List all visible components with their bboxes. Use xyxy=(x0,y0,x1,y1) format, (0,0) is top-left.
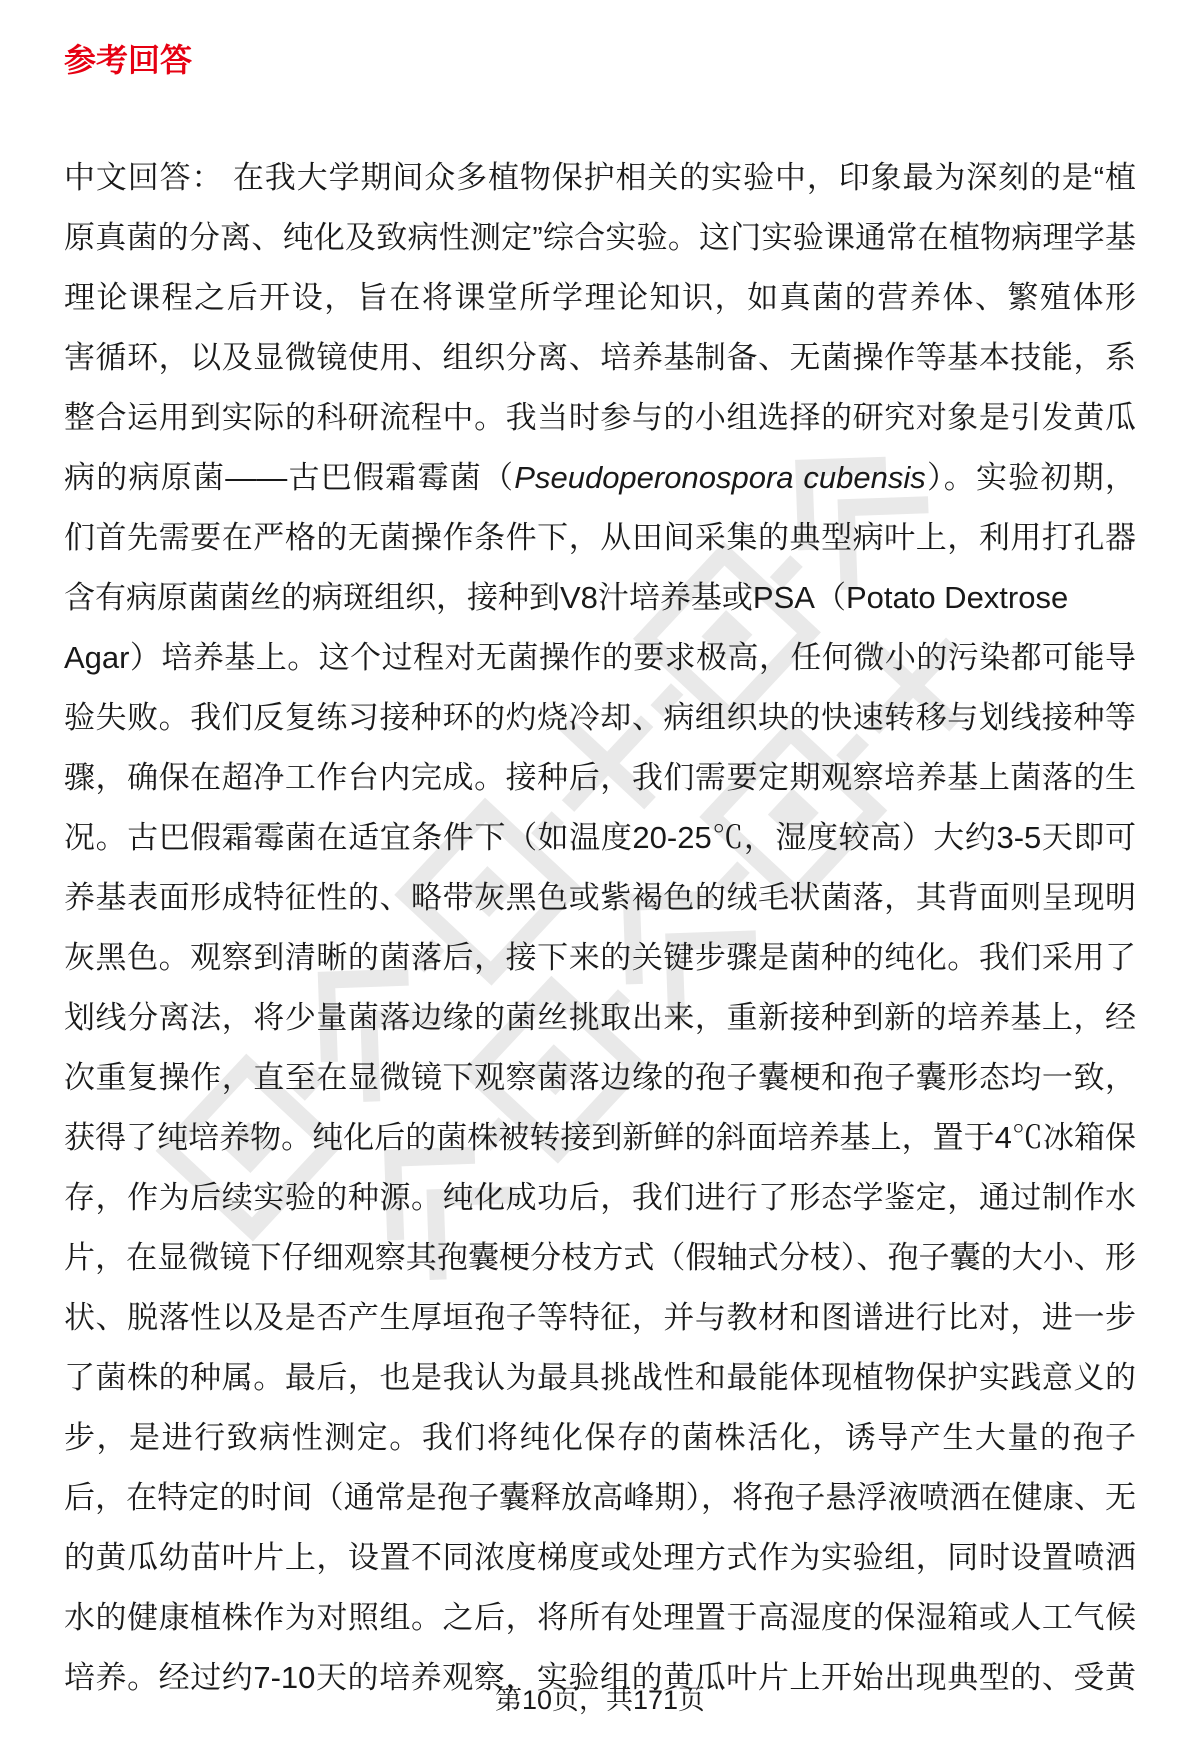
text-segment: 划线分离法，将少量菌落边缘的菌丝挑取出来，重新接种到新的培养基上，经过数 xyxy=(64,1000,1136,1048)
paragraph-line: 理论课程之后开设，旨在将课堂所学理论知识，如真菌的营养体、繁殖体形态，病 xyxy=(64,268,1136,328)
text-segment: 害循环，以及显微镜使用、组织分离、培养基制备、无菌操作等基本技能，系统地 xyxy=(64,340,1136,388)
paragraph-line: 状、脱落性以及是否产生厚垣孢子等特征，并与教材和图谱进行比对，进一步确认 xyxy=(64,1288,1136,1348)
text-segment: 步，是进行致病性测定。我们将纯化保存的菌株活化，诱导产生大量的孢子囊。然 xyxy=(64,1420,1136,1468)
text-segment: 们首先需要在严格的无菌操作条件下，从田间采集的典型病叶上，利用打孔器获取 xyxy=(64,520,1136,568)
species-name-italic: Pseudoperonospora cubensis xyxy=(514,460,925,495)
paragraph-line: 划线分离法，将少量菌落边缘的菌丝挑取出来，重新接种到新的培养基上，经过数 xyxy=(64,988,1136,1048)
paragraph-line: 整合运用到实际的科研流程中。我当时参与的小组选择的研究对象是引发黄瓜霜霉 xyxy=(64,388,1136,448)
paragraph-line: 片，在显微镜下仔细观察其孢囊梗分枝方式（假轴式分枝）、孢子囊的大小、形 xyxy=(64,1228,1136,1288)
text-segment: 况。古巴假霜霉菌在适宜条件下（如温度20-25℃，湿度较高）大约3-5天即可在培 xyxy=(64,820,1136,868)
paragraph-line: 了菌株的种属。最后，也是我认为最具挑战性和最能体现植物保护实践意义的一 xyxy=(64,1348,1136,1408)
paragraph-line: 含有病原菌菌丝的病斑组织，接种到V8汁培养基或PSA（Potato Dextro… xyxy=(64,568,1136,628)
paragraph-line: 灰黑色。观察到清晰的菌落后，接下来的关键步骤是菌种的纯化。我们采用了连续 xyxy=(64,928,1136,988)
text-segment: 含有病原菌菌丝的病斑组织，接种到V8汁培养基或PSA（Potato Dextro… xyxy=(64,580,1068,615)
text-segment: 了菌株的种属。最后，也是我认为最具挑战性和最能体现植物保护实践意义的一 xyxy=(64,1360,1136,1408)
text-segment: 灰黑色。观察到清晰的菌落后，接下来的关键步骤是菌种的纯化。我们采用了连续 xyxy=(64,940,1136,988)
text-segment: 水的健康植株作为对照组。之后，将所有处理置于高湿度的保湿箱或人工气候箱中 xyxy=(64,1600,1136,1648)
text-segment: 的黄瓜幼苗叶片上，设置不同浓度梯度或处理方式作为实验组，同时设置喷洒无菌 xyxy=(64,1540,1136,1588)
paragraph-line: 验失败。我们反复练习接种环的灼烧冷却、病组织块的快速转移与划线接种等步 xyxy=(64,688,1136,748)
text-segment: 原真菌的分离、纯化及致病性测定”综合实验。这门实验课通常在植物病理学基础 xyxy=(64,220,1136,268)
text-segment: 理论课程之后开设，旨在将课堂所学理论知识，如真菌的营养体、繁殖体形态，病 xyxy=(64,280,1136,328)
text-segment: 验失败。我们反复练习接种环的灼烧冷却、病组织块的快速转移与划线接种等步 xyxy=(64,700,1136,748)
answer-paragraph: 中文回答： 在我大学期间众多植物保护相关的实验中，印象最为深刻的是“植物病原真菌… xyxy=(64,148,1136,1708)
paragraph-line: 原真菌的分离、纯化及致病性测定”综合实验。这门实验课通常在植物病理学基础 xyxy=(64,208,1136,268)
text-segment: 后，在特定的时间（通常是孢子囊释放高峰期），将孢子悬浮液喷洒在健康、无菌 xyxy=(64,1480,1136,1528)
paragraph-line: 害循环，以及显微镜使用、组织分离、培养基制备、无菌操作等基本技能，系统地 xyxy=(64,328,1136,388)
paragraph-line: 养基表面形成特征性的、略带灰黑色或紫褐色的绒毛状菌落，其背面则呈现明显的 xyxy=(64,868,1136,928)
text-segment: 病的病原菌——古巴假霜霉菌（ xyxy=(64,460,514,495)
text-segment: 片，在显微镜下仔细观察其孢囊梗分枝方式（假轴式分枝）、孢子囊的大小、形 xyxy=(64,1240,1136,1275)
paragraph-line: 次重复操作，直至在显微镜下观察菌落边缘的孢子囊梗和孢子囊形态均一致，确认 xyxy=(64,1048,1136,1108)
text-segment: 整合运用到实际的科研流程中。我当时参与的小组选择的研究对象是引发黄瓜霜霉 xyxy=(64,400,1136,448)
text-segment: 中文回答： 在我大学期间众多植物保护相关的实验中，印象最为深刻的是“植物病 xyxy=(64,160,1136,208)
text-segment: 获得了纯培养物。纯化后的菌株被转接到新鲜的斜面培养基上，置于4℃冰箱保 xyxy=(64,1120,1136,1155)
paragraph-line: 存，作为后续实验的种源。纯化成功后，我们进行了形态学鉴定，通过制作水浸 xyxy=(64,1168,1136,1228)
paragraph-line: 的黄瓜幼苗叶片上，设置不同浓度梯度或处理方式作为实验组，同时设置喷洒无菌 xyxy=(64,1528,1136,1588)
paragraph-line: 中文回答： 在我大学期间众多植物保护相关的实验中，印象最为深刻的是“植物病 xyxy=(64,148,1136,208)
paragraph-line: 病的病原菌——古巴假霜霉菌（Pseudoperonospora cubensis… xyxy=(64,448,1136,508)
text-segment: 养基表面形成特征性的、略带灰黑色或紫褐色的绒毛状菌落，其背面则呈现明显的 xyxy=(64,880,1136,928)
text-segment: 骤，确保在超净工作台内完成。接种后，我们需要定期观察培养基上菌落的生长情 xyxy=(64,760,1136,808)
page-footer: 第10页，共171页 xyxy=(0,1680,1200,1720)
text-segment: 次重复操作，直至在显微镜下观察菌落边缘的孢子囊梗和孢子囊形态均一致，确认 xyxy=(64,1060,1136,1108)
text-segment: 存，作为后续实验的种源。纯化成功后，我们进行了形态学鉴定，通过制作水浸 xyxy=(64,1180,1136,1228)
paragraph-line: 步，是进行致病性测定。我们将纯化保存的菌株活化，诱导产生大量的孢子囊。然 xyxy=(64,1408,1136,1468)
document-page: 参考回答 中文回答： 在我大学期间众多植物保护相关的实验中，印象最为深刻的是“植… xyxy=(0,0,1200,1755)
text-segment: 状、脱落性以及是否产生厚垣孢子等特征，并与教材和图谱进行比对，进一步确认 xyxy=(64,1300,1136,1348)
paragraph-line: 们首先需要在严格的无菌操作条件下，从田间采集的典型病叶上，利用打孔器获取 xyxy=(64,508,1136,568)
section-heading: 参考回答 xyxy=(64,38,192,83)
paragraph-line: 获得了纯培养物。纯化后的菌株被转接到新鲜的斜面培养基上，置于4℃冰箱保 xyxy=(64,1108,1136,1168)
paragraph-line: 水的健康植株作为对照组。之后，将所有处理置于高湿度的保湿箱或人工气候箱中 xyxy=(64,1588,1136,1648)
paragraph-line: 后，在特定的时间（通常是孢子囊释放高峰期），将孢子悬浮液喷洒在健康、无菌 xyxy=(64,1468,1136,1528)
text-segment: Agar）培养基上。这个过程对无菌操作的要求极高，任何微小的污染都可能导致实 xyxy=(64,640,1136,688)
paragraph-line: 骤，确保在超净工作台内完成。接种后，我们需要定期观察培养基上菌落的生长情 xyxy=(64,748,1136,808)
paragraph-line: Agar）培养基上。这个过程对无菌操作的要求极高，任何微小的污染都可能导致实 xyxy=(64,628,1136,688)
paragraph-line: 况。古巴假霜霉菌在适宜条件下（如温度20-25℃，湿度较高）大约3-5天即可在培 xyxy=(64,808,1136,868)
